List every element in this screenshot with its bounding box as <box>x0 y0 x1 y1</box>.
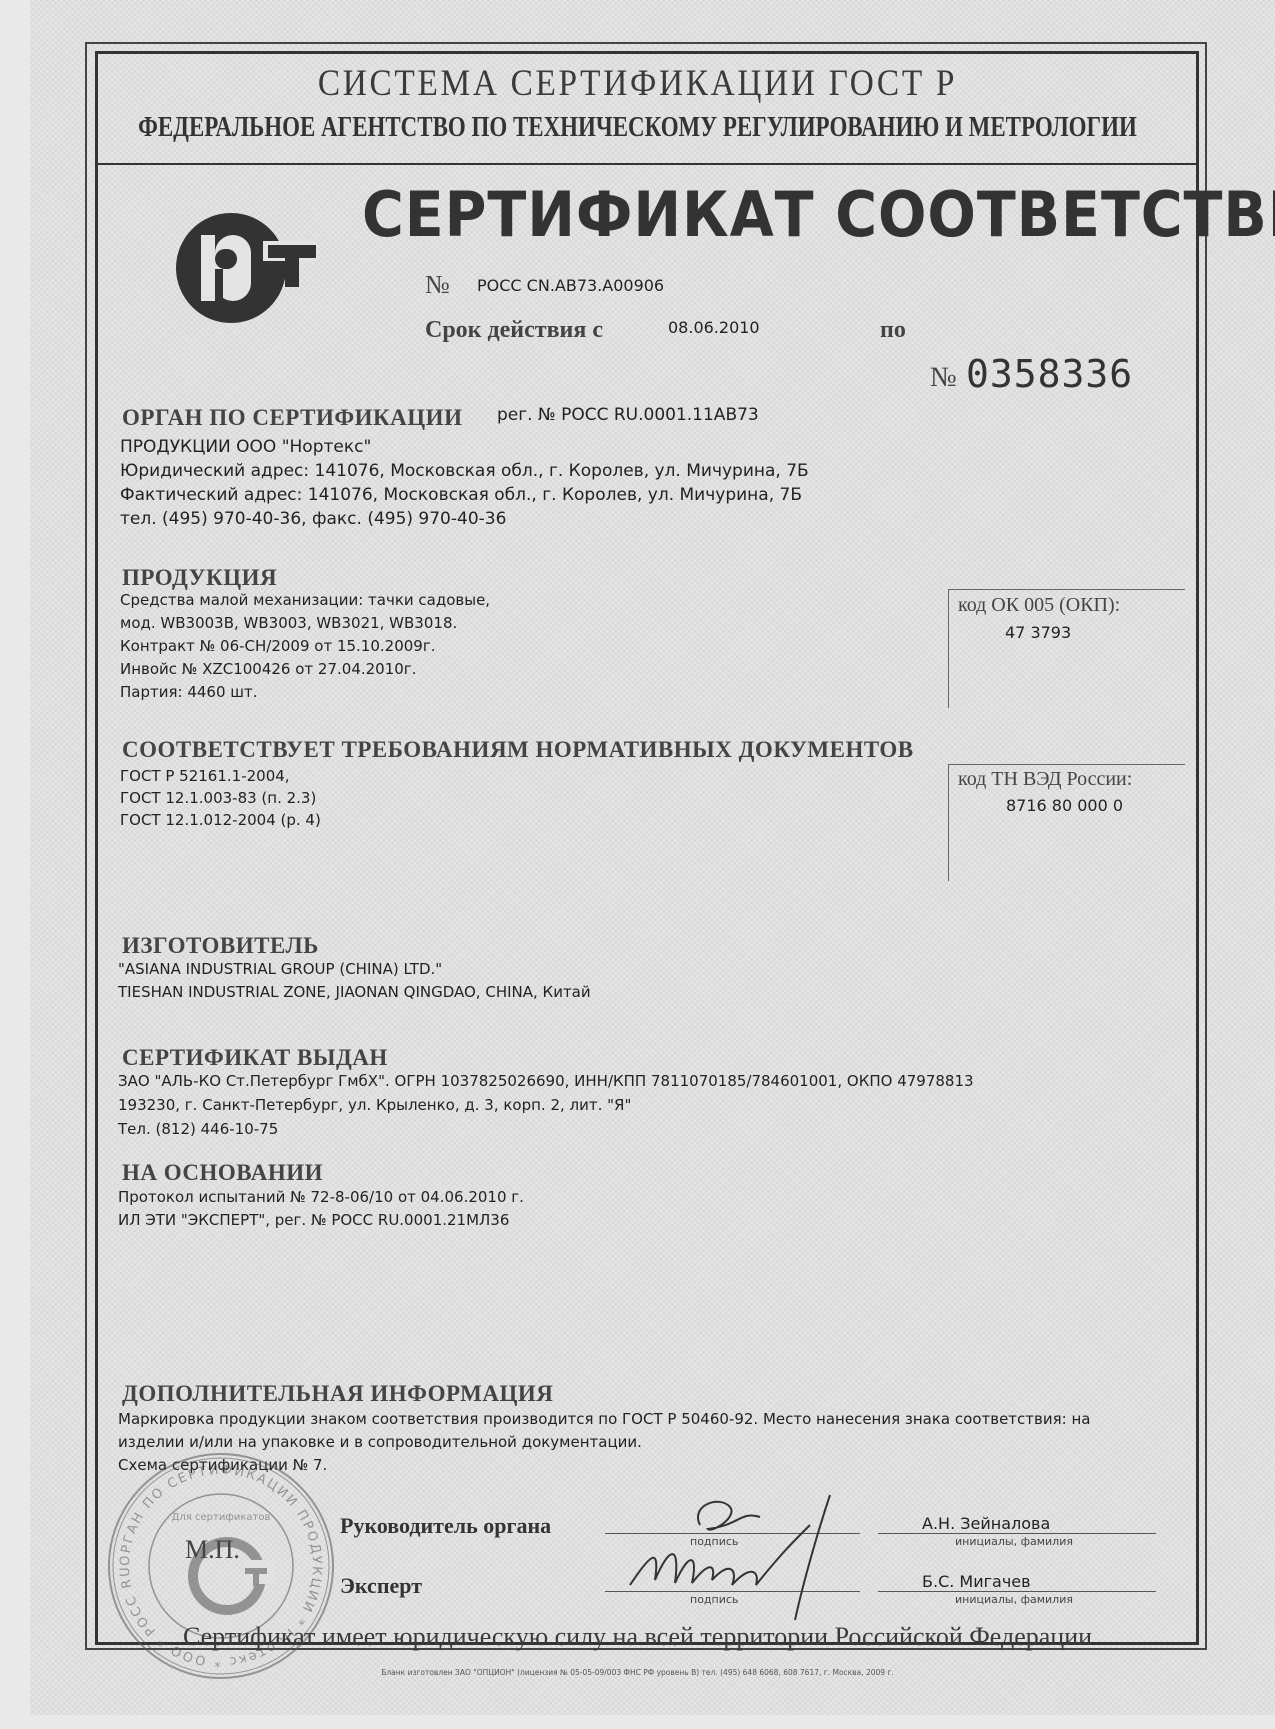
certification-body-heading: ОРГАН ПО СЕРТИФИКАЦИИ <box>122 405 462 431</box>
stamp-place-label: М.П. <box>185 1535 240 1565</box>
certification-body-reg: рег. № РОСС RU.0001.11АВ73 <box>497 405 759 425</box>
conformity-heading: СООТВЕТСТВУЕТ ТРЕБОВАНИЯМ НОРМАТИВНЫХ ДО… <box>122 737 914 763</box>
head-name-line <box>878 1533 1156 1534</box>
basis-line: ИЛ ЭТИ "ЭКСПЕРТ", рег. № РОСС RU.0001.21… <box>118 1211 509 1229</box>
product-line: Средства малой механизации: тачки садовы… <box>120 591 490 609</box>
head-of-body-label: Руководитель органа <box>340 1513 551 1539</box>
head-name: А.Н. Зейналова <box>922 1514 1050 1533</box>
issued-to-line: ЗАО "АЛЬ-КО Ст.Петербург ГмбХ". ОГРН 103… <box>118 1072 974 1090</box>
conformity-line: ГОСТ Р 52161.1-2004, <box>120 767 290 785</box>
expert-name-line <box>878 1591 1156 1592</box>
expert-name: Б.С. Мигачев <box>922 1572 1031 1591</box>
printer-note: Бланк изготовлен ЗАО "ОПЦИОН" (лицензия … <box>0 1668 1275 1677</box>
product-line: Инвойс № XZC100426 от 27.04.2010г. <box>120 660 416 678</box>
issued-to-line: 193230, г. Санкт-Петербург, ул. Крыленко… <box>118 1096 631 1114</box>
additional-info-heading: ДОПОЛНИТЕЛЬНАЯ ИНФОРМАЦИЯ <box>122 1381 553 1407</box>
valid-from-date: 08.06.2010 <box>668 318 760 337</box>
system-title: СИСТЕМА СЕРТИФИКАЦИИ ГОСТ Р <box>64 62 1212 105</box>
basis-heading: НА ОСНОВАНИИ <box>122 1160 323 1186</box>
validity-note: Сертификат имеет юридическую силу на все… <box>0 1622 1275 1652</box>
additional-info-line: Маркировка продукции знаком соответствия… <box>118 1410 1090 1428</box>
agency-name: ФЕДЕРАЛЬНОЕ АГЕНТСТВО ПО ТЕХНИЧЕСКОМУ РЕ… <box>115 112 1161 144</box>
valid-to-label: по <box>880 317 906 344</box>
certification-body-line: Фактический адрес: 141076, Московская об… <box>120 485 802 505</box>
form-number: 0358336 <box>966 352 1133 396</box>
product-line: мод. WB3003B, WB3003, WB3021, WB3018. <box>120 614 457 632</box>
tnved-code-label: код ТН ВЭД России: <box>958 768 1132 791</box>
number-sign: № <box>425 270 450 300</box>
manufacturer-line: TIESHAN INDUSTRIAL ZONE, JIAONAN QINGDAO… <box>118 983 591 1001</box>
certificate-number: РОСС CN.АВ73.А00906 <box>477 276 664 295</box>
expert-name-caption: инициалы, фамилия <box>955 1593 1073 1606</box>
manufacturer-heading: ИЗГОТОВИТЕЛЬ <box>122 933 319 959</box>
handwritten-signature-icon <box>620 1485 850 1625</box>
basis-line: Протокол испытаний № 72-8-06/10 от 04.06… <box>118 1188 524 1206</box>
product-line: Контракт № 06-CH/2009 от 15.10.2009г. <box>120 637 435 655</box>
issued-to-heading: СЕРТИФИКАТ ВЫДАН <box>122 1045 388 1071</box>
certification-body-line: тел. (495) 970-40-36, факс. (495) 970-40… <box>120 509 506 529</box>
product-heading: ПРОДУКЦИЯ <box>122 565 277 591</box>
manufacturer-line: "ASIANA INDUSTRIAL GROUP (CHINA) LTD." <box>118 960 442 978</box>
additional-info-line: изделии и/или на упаковке и в сопроводит… <box>118 1433 642 1451</box>
head-name-caption: инициалы, фамилия <box>955 1535 1073 1548</box>
form-number-sign: № <box>930 362 957 394</box>
okp-code-value: 47 3793 <box>1005 623 1071 642</box>
conformity-line: ГОСТ 12.1.003-83 (п. 2.3) <box>120 789 316 807</box>
stamp-inner-text: Для сертификатов <box>172 1512 271 1523</box>
certificate-title: СЕРТИФИКАТ СООТВЕТСТВИЯ <box>362 178 1275 251</box>
certification-body-line: Юридический адрес: 141076, Московская об… <box>120 461 809 481</box>
issued-to-line: Тел. (812) 446-10-75 <box>118 1120 278 1138</box>
validity-label: Срок действия с <box>425 317 603 344</box>
header-divider <box>95 163 1196 165</box>
expert-label: Эксперт <box>340 1573 422 1599</box>
conformity-line: ГОСТ 12.1.012-2004 (р. 4) <box>120 811 321 829</box>
okp-code-label: код ОК 005 (ОКП): <box>958 594 1120 617</box>
certification-body-line: ПРОДУКЦИИ ООО "Нортекс" <box>120 437 371 457</box>
product-line: Партия: 4460 шт. <box>120 683 258 701</box>
rst-mark-icon <box>173 213 318 323</box>
tnved-code-value: 8716 80 000 0 <box>1006 796 1123 815</box>
